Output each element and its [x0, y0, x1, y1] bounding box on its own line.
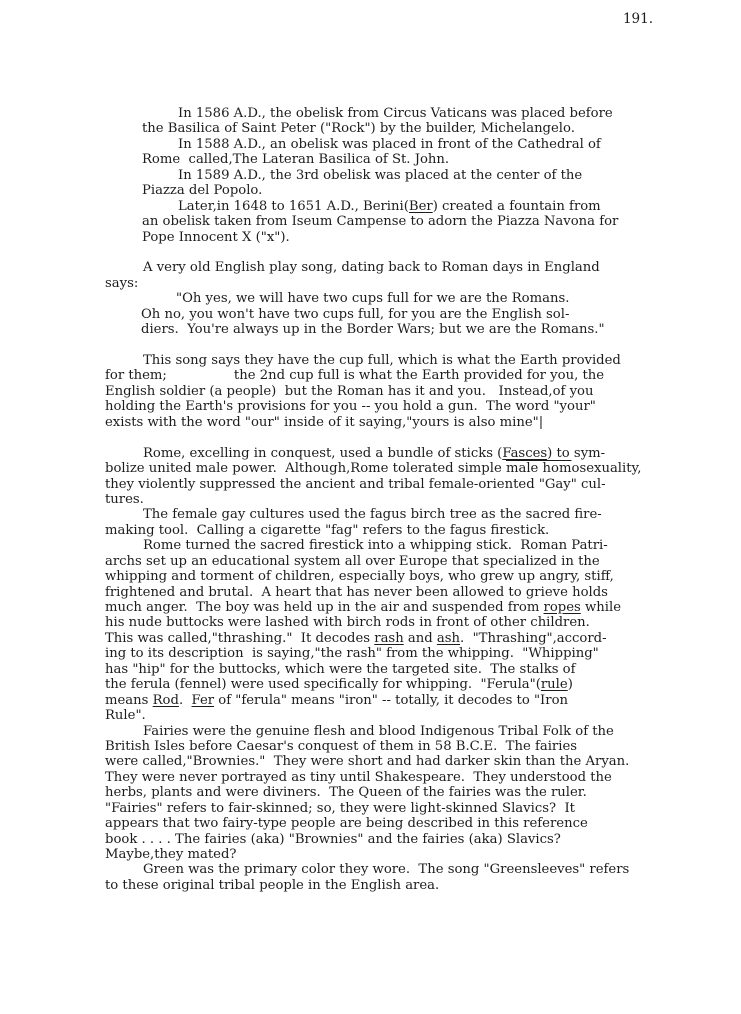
paragraph: A very old English play song, dating bac…	[0, 260, 741, 291]
text-run: ) to sym-	[547, 446, 605, 461]
text-run: Piazza del Popolo.	[142, 183, 262, 198]
text-line: book . . . . The fairies (aka) "Brownies…	[0, 832, 741, 847]
text-run: ) created a fountain from	[433, 199, 601, 214]
text-line: they violently suppressed the ancient an…	[0, 477, 741, 492]
paragraph: Later,in 1648 to 1651 A.D., Berini(Ber) …	[0, 199, 741, 245]
text-run: holding the Earth's provisions for you -…	[105, 399, 596, 414]
text-line: to these original tribal people in the E…	[0, 878, 741, 893]
underlined-term: Fasces	[502, 446, 547, 461]
text-line: exists with the word "our" inside of it …	[0, 415, 741, 430]
paragraph: In 1588 A.D., an obelisk was placed in f…	[0, 137, 741, 168]
section-obelisks: In 1586 A.D., the obelisk from Circus Va…	[0, 106, 741, 245]
text-run: )	[568, 677, 573, 692]
text-line: means Rod. Fer of "ferula" means "iron" …	[0, 693, 741, 708]
text-line: Later,in 1648 to 1651 A.D., Berini(Ber) …	[0, 199, 741, 214]
song-lyrics: "Oh yes, we will have two cups full for …	[0, 291, 741, 337]
underlined-term: ash	[437, 631, 460, 646]
text-run: bolize united male power. Although,Rome …	[105, 461, 506, 476]
text-line: for them; the 2nd cup full is what the E…	[0, 368, 741, 383]
text-line: Maybe,they mated?	[0, 847, 741, 862]
paragraph: Rome, excelling in conquest, used a bund…	[0, 446, 741, 508]
text-run: The female gay cultures used the fagus b…	[143, 507, 602, 522]
text-line: appears that two fairy-type people are b…	[0, 816, 741, 831]
text-run: to these original tribal people in the E…	[105, 878, 439, 893]
text-line: Piazza del Popolo.	[0, 183, 741, 198]
text-line: Rome called,The Lateran Basilica of St. …	[0, 152, 741, 167]
text-run: book . . . . The fairies (aka) "Brownies…	[105, 832, 561, 847]
text-run: English soldier (a people) but the Roman…	[105, 384, 593, 399]
text-run: archs set up an educational system all o…	[105, 554, 600, 569]
text-line: "Fairies" refers to fair-skinned; so, th…	[0, 801, 741, 816]
section-rome: Rome, excelling in conquest, used a bund…	[0, 446, 741, 894]
text-run: making tool. Calling a cigarette "fag" r…	[105, 523, 549, 538]
text-line: says:	[0, 276, 741, 291]
text-run: They were never portrayed as tiny until …	[105, 770, 612, 785]
paragraph: Rome turned the sacred firestick into a …	[0, 538, 741, 723]
text-run: . "Thrashing",accord-	[460, 631, 607, 646]
text-line: archs set up an educational system all o…	[0, 554, 741, 569]
text-line: making tool. Calling a cigarette "fag" r…	[0, 523, 741, 538]
document-body: In 1586 A.D., the obelisk from Circus Va…	[0, 106, 741, 909]
underlined-term: Fer	[192, 693, 215, 708]
text-line: A very old English play song, dating bac…	[0, 260, 741, 275]
text-run: says:	[105, 276, 138, 291]
text-line: English soldier (a people) but the Roman…	[0, 384, 741, 399]
text-run: diers. You're always up in the Border Wa…	[141, 322, 605, 337]
paragraph: In 1589 A.D., the 3rd obelisk was placed…	[0, 168, 741, 199]
text-line: This song says they have the cup full, w…	[0, 353, 741, 368]
text-run: and	[404, 631, 437, 646]
text-line: frightened and brutal. A heart that has …	[0, 585, 741, 600]
text-line: Rome turned the sacred firestick into a …	[0, 538, 741, 553]
text-line: "Oh yes, we will have two cups full for …	[0, 291, 741, 306]
text-run: while	[581, 600, 621, 615]
text-line: whipping and torment of children, especi…	[0, 569, 741, 584]
text-line: his nude buttocks were lashed with birch…	[0, 615, 741, 630]
text-run: In 1586 A.D., the obelisk from Circus Va…	[178, 106, 613, 121]
text-run: "Fairies" refers to fair-skinned; so, th…	[105, 801, 575, 816]
text-line: were called,"Brownies." They were short …	[0, 754, 741, 769]
text-run: Rule".	[105, 708, 146, 723]
text-line: Green was the primary color they wore. T…	[0, 862, 741, 877]
text-line: Rome, excelling in conquest, used a bund…	[0, 446, 741, 461]
paragraph: This song says they have the cup full, w…	[0, 353, 741, 430]
text-run: were called,"Brownies." They were short …	[105, 754, 629, 769]
text-run: for them; the 2nd cup full is what the E…	[105, 368, 604, 383]
text-run: much anger. The boy was held up in the a…	[105, 600, 544, 615]
text-run: "Oh yes, we will have two cups full for …	[176, 291, 569, 306]
overlined-text: male hom	[506, 461, 572, 476]
text-line: an obelisk taken from Iseum Campense to …	[0, 214, 741, 229]
text-line: the ferula (fennel) were used specifical…	[0, 677, 741, 692]
text-run: In 1588 A.D., an obelisk was placed in f…	[178, 137, 601, 152]
paragraph: The female gay cultures used the fagus b…	[0, 507, 741, 538]
text-line: British Isles before Caesar's conquest o…	[0, 739, 741, 754]
text-run: whipping and torment of children, especi…	[105, 569, 614, 584]
text-line: In 1588 A.D., an obelisk was placed in f…	[0, 137, 741, 152]
text-run: appears that two fairy-type people are b…	[105, 816, 588, 831]
text-run: the Basilica of Saint Peter ("Rock") by …	[142, 121, 575, 136]
text-line: holding the Earth's provisions for you -…	[0, 399, 741, 414]
text-line: tures.	[0, 492, 741, 507]
underlined-term: Rod	[153, 693, 179, 708]
text-line: They were never portrayed as tiny until …	[0, 770, 741, 785]
text-line: In 1586 A.D., the obelisk from Circus Va…	[0, 106, 741, 121]
underlined-term: rash	[374, 631, 403, 646]
text-run: Rome turned the sacred firestick into a …	[143, 538, 608, 553]
text-run: .	[179, 693, 192, 708]
text-run: Pope Innocent X ("x").	[142, 230, 290, 245]
text-run: In 1589 A.D., the 3rd obelisk was placed…	[178, 168, 582, 183]
text-run: ing to its description is saying,"the ra…	[105, 646, 599, 661]
text-run: means	[105, 693, 153, 708]
text-line: In 1589 A.D., the 3rd obelisk was placed…	[0, 168, 741, 183]
text-line: Oh no, you won't have two cups full, for…	[0, 307, 741, 322]
text-run: an obelisk taken from Iseum Campense to …	[142, 214, 618, 229]
text-run: has "hip" for the buttocks, which were t…	[105, 662, 575, 677]
text-run: they violently suppressed the ancient an…	[105, 477, 606, 492]
text-run: Green was the primary color they wore. T…	[143, 862, 629, 877]
text-run: osexuality,	[572, 461, 642, 476]
text-line: has "hip" for the buttocks, which were t…	[0, 662, 741, 677]
section-meaning: This song says they have the cup full, w…	[0, 353, 741, 430]
text-run: herbs, plants and were diviners. The Que…	[105, 785, 587, 800]
text-run: Rome, excelling in conquest, used a bund…	[143, 446, 502, 461]
text-run: This was called,"thrashing." It decodes	[105, 631, 374, 646]
text-run: Later,in 1648 to 1651 A.D., Berini(	[178, 199, 409, 214]
text-run: exists with the word "our" inside of it …	[105, 415, 543, 430]
text-line: Fairies were the genuine flesh and blood…	[0, 724, 741, 739]
underlined-term: Ber	[409, 199, 433, 214]
text-run: Rome called,The Lateran Basilica of St. …	[142, 152, 449, 167]
text-line: the Basilica of Saint Peter ("Rock") by …	[0, 121, 741, 136]
text-run: Fairies were the genuine flesh and blood…	[143, 724, 614, 739]
text-run: Oh no, you won't have two cups full, for…	[141, 307, 569, 322]
paragraph: In 1586 A.D., the obelisk from Circus Va…	[0, 106, 741, 137]
text-line: ing to its description is saying,"the ra…	[0, 646, 741, 661]
text-run: Maybe,they mated?	[105, 847, 236, 862]
underlined-term: ropes	[544, 600, 581, 615]
text-run: of "ferula" means "iron" -- totally, it …	[214, 693, 568, 708]
text-line: much anger. The boy was held up in the a…	[0, 600, 741, 615]
text-line: diers. You're always up in the Border Wa…	[0, 322, 741, 337]
paragraph: Green was the primary color they wore. T…	[0, 862, 741, 893]
text-run: This song says they have the cup full, w…	[143, 353, 621, 368]
text-run: British Isles before Caesar's conquest o…	[105, 739, 577, 754]
text-line: Rule".	[0, 708, 741, 723]
text-run: frightened and brutal. A heart that has …	[105, 585, 608, 600]
text-line: The female gay cultures used the fagus b…	[0, 507, 741, 522]
text-run: A very old English play song, dating bac…	[143, 260, 600, 275]
text-run: his nude buttocks were lashed with birch…	[105, 615, 590, 630]
text-line: bolize united male power. Although,Rome …	[0, 461, 741, 476]
underlined-term: rule	[541, 677, 568, 692]
page-number: 191.	[623, 10, 653, 28]
text-line: Pope Innocent X ("x").	[0, 230, 741, 245]
text-run: tures.	[105, 492, 144, 507]
paragraph: Fairies were the genuine flesh and blood…	[0, 724, 741, 863]
section-song: A very old English play song, dating bac…	[0, 260, 741, 337]
text-run: the ferula (fennel) were used specifical…	[105, 677, 541, 692]
text-line: This was called,"thrashing." It decodes …	[0, 631, 741, 646]
text-line: herbs, plants and were diviners. The Que…	[0, 785, 741, 800]
